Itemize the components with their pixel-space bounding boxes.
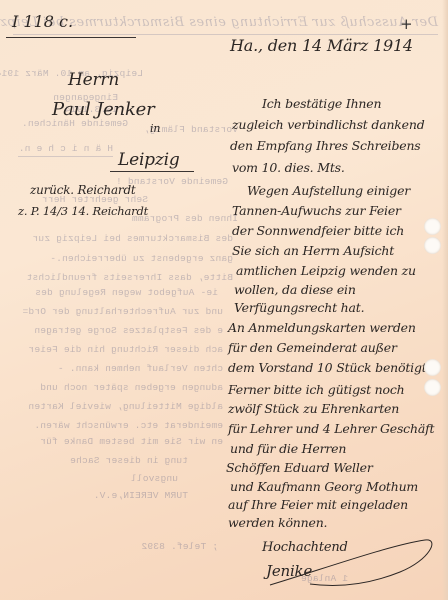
body-line: der Sonnwendfeier bitte ich	[232, 223, 404, 238]
bleed-line: ach dieser Richtung hin die Feier	[28, 344, 223, 355]
bleed-line: chten Verlauf nehmen kann. -	[58, 363, 223, 374]
body-line: dem Vorstand 10 Stück benötigt.	[228, 360, 430, 375]
body-line: Sie sich an Herrn Aufsicht	[232, 243, 394, 258]
body-line: für den Gemeinderat außer	[228, 340, 397, 355]
body-line: vom 10. dies. Mts.	[232, 160, 345, 175]
bleed-line: und zur Aufrechterhaltung der Ord=	[22, 306, 223, 317]
bleed-line: aldige Mitteilung, wieviel Karten	[28, 401, 223, 412]
bleed-rule	[18, 156, 113, 157]
hole-punch	[424, 218, 441, 235]
hole-punch	[424, 359, 441, 376]
body-line: und Kaufmann Georg Mothum	[230, 479, 418, 494]
bleed-line: H ä n i c h e n.	[19, 143, 113, 154]
bleed-line: ie- Aufgebot wegen Regelung des	[35, 287, 218, 298]
body-line: Tannen-Aufwuchs zur Feier	[232, 203, 401, 218]
corner-mark: +	[400, 15, 413, 33]
recipient-name: Paul Jenker	[52, 99, 155, 120]
body-line: Ich bestätige Ihnen	[262, 96, 381, 111]
recipient-city: Leipzig	[118, 150, 180, 170]
bleed-line: TURM VEREIN,e.V.	[94, 490, 188, 501]
body-line: zugleich verbindlichst dankend	[232, 117, 425, 132]
body-line: zwölf Stück zu Ehrenkarten	[228, 401, 399, 416]
place-date: Ha., den 14 März 1914	[230, 36, 413, 55]
body-line: für Lehrer und 4 Lehrer Geschäft	[228, 421, 434, 436]
hole-punch	[424, 237, 441, 254]
bleed-line: tung in dieser Sache	[70, 455, 188, 466]
body-line: den Empfang Ihres Schreibens	[230, 138, 421, 153]
margin-note-2: z. P. 14/3 14. Reichardt	[18, 204, 148, 218]
margin-note-1: zurück. Reichardt	[30, 183, 136, 197]
bleed-line: ganz ergebenst zu überreichen.-	[50, 253, 233, 264]
recipient-preposition: in	[150, 122, 160, 135]
signature-flourish	[250, 510, 440, 600]
city-underline	[110, 171, 194, 172]
salutation: Herrn	[68, 70, 119, 90]
bleed-line: des Bismarckturmes bei Leipzig zur	[32, 233, 233, 244]
body-line: und für die Herren	[230, 441, 346, 456]
body-line: wollen, da diese ein	[234, 282, 356, 297]
body-line: Ferner bitte ich gütigst noch	[228, 382, 405, 397]
reference-underline	[6, 37, 136, 38]
letter-page: Der Ausschuß zur Errichtung eines Bismar…	[0, 0, 448, 600]
body-line: Schöffen Eduard Weller	[226, 460, 373, 475]
bleed-line: Bitte, dass Ihrerseits freundlichst	[26, 272, 233, 283]
bleed-line: ungsvoll	[131, 473, 178, 484]
bleed-line: en wir Sie mit bestem Danke für	[40, 436, 223, 447]
body-line: Wegen Aufstellung einiger	[247, 183, 410, 198]
bleed-line: adungen ergeben später noch und	[40, 382, 223, 393]
hole-punch	[424, 379, 441, 396]
bleed-line: emeinderat etc. erwünscht wären.	[34, 420, 223, 431]
bleed-line: ; Telef. 8392	[141, 541, 218, 552]
body-line: An Anmeldungskarten werden	[228, 320, 416, 335]
bleed-header-rule	[13, 34, 438, 35]
body-line: Verfügungsrecht hat.	[234, 300, 364, 315]
body-line: amtlichen Leipzig wenden zu	[236, 263, 416, 278]
bleed-line: e des Festplatzes Sorge getragen	[34, 325, 223, 336]
reference-number: I 118 c.	[12, 12, 73, 31]
paper-edge	[442, 0, 448, 600]
